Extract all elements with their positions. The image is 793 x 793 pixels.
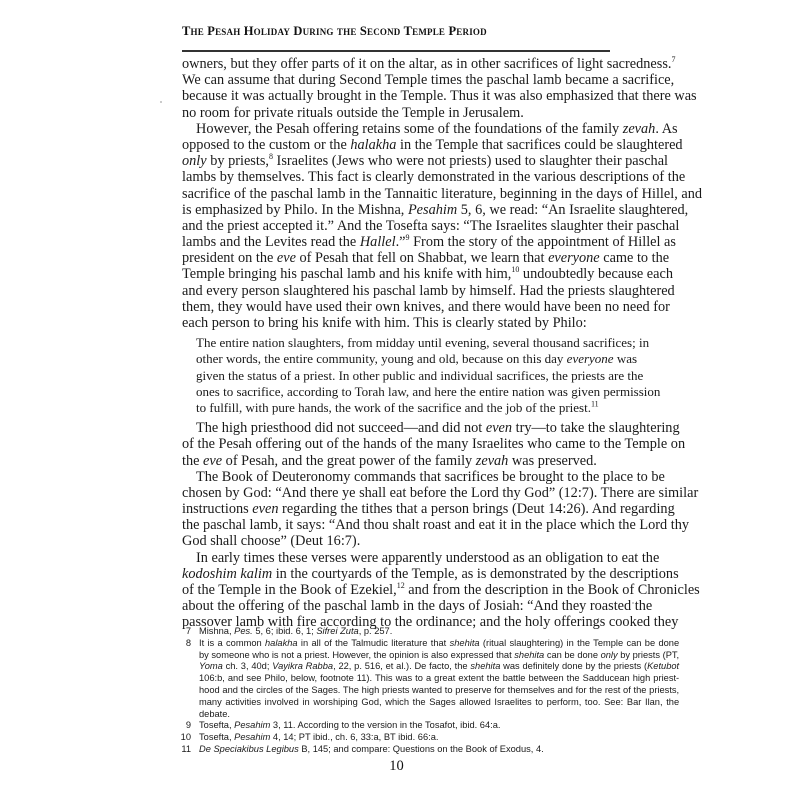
text-line: because it was actually brought in the T… [182,88,612,104]
page-number: 10 [0,758,793,775]
footnote-11: 11De Speciakibus Legibus B, 145; and com… [182,744,614,756]
footnote-line: Yoma ch. 3, 40d; Vayikra Rabba, 22, p. 5… [199,661,679,673]
text-line: only by priests,8 Israelites (Jews who w… [182,153,612,169]
quote-line: The entire nation slaughters, from midda… [196,335,612,351]
text-line: The high priesthood did not succeed—and … [182,420,612,436]
footnote-number: 8 [174,638,199,721]
footnote-line: many activities involved in worshiping G… [199,697,679,709]
text-line: about the offering of the paschal lamb i… [182,598,612,614]
scan-speck [160,101,162,103]
body-paragraphs: owners, but they offer parts of it on th… [182,56,612,331]
text-line: The Book of Deuteronomy commands that sa… [182,469,612,485]
scan-speck [628,158,630,160]
footnote-text: Mishna, Pes. 5, 6; ibid. 6, 1; Sifrei Zu… [199,626,614,638]
text-line: lambs by themselves. This fact is clearl… [182,169,612,185]
text-line: owners, but they offer parts of it on th… [182,56,612,72]
quote-line: given the status of a priest. In other p… [196,368,612,384]
footnotes: 7Mishna, Pes. 5, 6; ibid. 6, 1; Sifrei Z… [182,626,614,756]
text-line: the paschal lamb, it says: “And thou sha… [182,517,612,533]
text-line: instructions even regarding the tithes t… [182,501,612,517]
text-line: God shall choose” (Deut 16:7). [182,533,612,549]
text-line: opposed to the custom or the halakha in … [182,137,612,153]
text-line: In early times these verses were apparen… [182,550,612,566]
footnote-10: 10Tosefta, Pesahim 4, 14; PT ibid., ch. … [182,732,614,744]
text-line: We can assume that during Second Temple … [182,72,612,88]
footnote-text: De Speciakibus Legibus B, 145; and compa… [199,744,614,756]
footnote-line: hood and the circles of the Sages. The h… [199,685,679,697]
footnote-line: 106:b, and see Philo, below, footnote 11… [199,673,679,685]
quote-line: ones to sacrifice, according to Torah la… [196,384,612,400]
footnote-9: 9Tosefta, Pesahim 3, 11. According to th… [182,720,614,732]
body-paragraphs-continued: The high priesthood did not succeed—and … [182,420,612,630]
text-line: each person to bring his knife with him.… [182,315,612,331]
footnote-line: De Speciakibus Legibus B, 145; and compa… [199,744,614,756]
footnote-number: 10 [174,732,199,744]
footnote-line: debate. [199,709,679,721]
block-quote: The entire nation slaughters, from midda… [182,335,612,416]
footnote-7: 7Mishna, Pes. 5, 6; ibid. 6, 1; Sifrei Z… [182,626,614,638]
footnote-text: Tosefta, Pesahim 3, 11. According to the… [199,720,614,732]
footnote-line: by someone who is not a priest. However,… [199,650,679,662]
footnote-number: 9 [174,720,199,732]
text-line: no room for private rituals outside the … [182,105,612,121]
footnote-line: Tosefta, Pesahim 4, 14; PT ibid., ch. 6,… [199,732,614,744]
scan-speck [632,602,634,604]
text-line: president on the eve of Pesah that fell … [182,250,612,266]
text-line: chosen by God: “And there ye shall eat b… [182,485,612,501]
text-line: kodoshim kalim in the courtyards of the … [182,566,612,582]
text-line: lambs and the Levites read the Hallel.”9… [182,234,612,250]
text-line: and the priest accepted it.” And the Tos… [182,218,612,234]
text-line: of the Temple in the Book of Ezekiel,12 … [182,582,612,598]
footnote-number: 11 [174,744,199,756]
footnote-line: Mishna, Pes. 5, 6; ibid. 6, 1; Sifrei Zu… [199,626,614,638]
footnote-line: Tosefta, Pesahim 3, 11. According to the… [199,720,614,732]
text-line: is emphasized by Philo. In the Mishna, P… [182,202,612,218]
footnote-text: Tosefta, Pesahim 4, 14; PT ibid., ch. 6,… [199,732,614,744]
text-line: the eve of Pesah, and the great power of… [182,453,612,469]
text-line: However, the Pesah offering retains some… [182,121,612,137]
header-rule [182,50,610,52]
quote-line: other words, the entire community, young… [196,351,612,367]
footnote-8: 8It is a common halakha in all of the Ta… [182,638,614,721]
book-page: The Pesah Holiday During the Second Temp… [0,0,793,793]
running-header: The Pesah Holiday During the Second Temp… [182,24,487,39]
footnote-text: It is a common halakha in all of the Tal… [199,638,679,721]
footnote-number: 7 [174,626,199,638]
text-line: sacrifice of the paschal lamb in the Tan… [182,186,612,202]
body-text: owners, but they offer parts of it on th… [182,56,612,631]
text-line: and every person slaughtered his paschal… [182,283,612,299]
footnote-line: It is a common halakha in all of the Tal… [199,638,679,650]
text-line: Temple bringing his paschal lamb and his… [182,266,612,282]
text-line: of the Pesah offering out of the hands o… [182,436,612,452]
quote-line: to fulfill, with pure hands, the work of… [196,400,612,416]
text-line: them, they would have used their own kni… [182,299,612,315]
